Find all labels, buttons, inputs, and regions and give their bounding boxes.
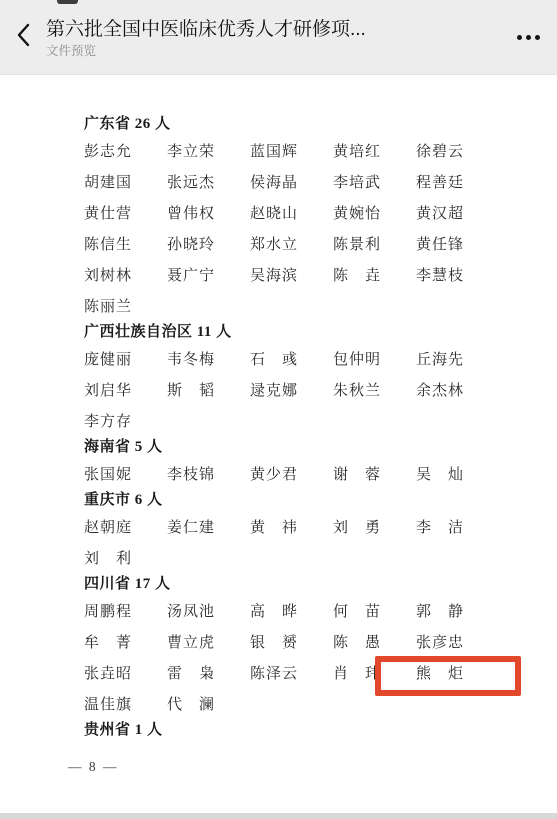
name-cell: 黄任锋 <box>416 233 499 254</box>
name-cell: 黄汉超 <box>416 202 499 223</box>
name-cell: 陈信生 <box>84 233 167 254</box>
name-cell: 温佳旗 <box>84 693 167 714</box>
name-cell: 刘启华 <box>84 379 167 400</box>
doc-title: 第六批全国中医临床优秀人才研修项... <box>46 17 476 42</box>
name-cell: 李枝锦 <box>167 463 250 484</box>
name-cell: 胡建国 <box>84 171 167 192</box>
name-cell: 陈丽兰 <box>84 295 167 316</box>
name-cell: 雷 枭 <box>167 662 250 683</box>
name-row: 周鹏程汤凤池高 晔何 苗郭 静 <box>84 595 557 626</box>
name-cell: 斯 韬 <box>167 379 250 400</box>
name-cell: 郑水立 <box>250 233 333 254</box>
header-text-block: 第六批全国中医临床优秀人才研修项... 文件预览 <box>46 15 499 60</box>
section-heading: 贵州省 1 人 <box>84 719 557 741</box>
name-cell: 刘 利 <box>84 547 167 568</box>
name-row: 陈信生孙晓玲郑水立陈景利黄任锋 <box>84 228 557 259</box>
name-cell: 陈 垚 <box>333 264 416 285</box>
name-cell: 陈泽云 <box>250 662 333 683</box>
name-cell: 黄 祎 <box>250 516 333 537</box>
name-cell: 黄仕营 <box>84 202 167 223</box>
section-heading: 广西壮族自治区 11 人 <box>84 321 557 343</box>
name-cell: 李培武 <box>333 171 416 192</box>
name-cell: 聂广宁 <box>167 264 250 285</box>
name-cell: 银 赟 <box>250 631 333 652</box>
name-row: 刘启华斯 韬逯克娜朱秋兰余杰林 <box>84 374 557 405</box>
name-row: 刘 利 <box>84 542 557 573</box>
more-button[interactable] <box>499 0 557 75</box>
name-cell: 赵朝庭 <box>84 516 167 537</box>
name-cell: 何 苗 <box>333 600 416 621</box>
name-row: 李方存 <box>84 405 557 436</box>
name-cell: 李方存 <box>84 410 167 431</box>
name-cell: 曾伟权 <box>167 202 250 223</box>
name-row: 黄仕营曾伟权赵晓山黄婉怡黄汉超 <box>84 197 557 228</box>
name-cell: 熊 炬 <box>416 662 499 683</box>
name-cell: 李立荣 <box>167 140 250 161</box>
app-header: 第六批全国中医临床优秀人才研修项... 文件预览 <box>0 0 557 75</box>
name-cell: 张彦忠 <box>416 631 499 652</box>
name-cell: 黄婉怡 <box>333 202 416 223</box>
name-cell: 黄少君 <box>250 463 333 484</box>
name-cell: 蓝国辉 <box>250 140 333 161</box>
name-cell: 汤凤池 <box>167 600 250 621</box>
ellipsis-icon <box>517 35 522 40</box>
name-cell: 肖 玮 <box>333 662 416 683</box>
top-notch-artifact <box>57 0 78 4</box>
name-cell: 牟 菁 <box>84 631 167 652</box>
doc-subtitle: 文件预览 <box>46 43 499 60</box>
name-row: 赵朝庭姜仁建黄 祎刘 勇李 洁 <box>84 511 557 542</box>
section-heading: 重庆市 6 人 <box>84 489 557 511</box>
name-row: 温佳旗代 澜 <box>84 688 557 719</box>
name-row: 胡建国张远杰侯海晶李培武程善廷 <box>84 166 557 197</box>
name-row: 张垚昭雷 枭陈泽云肖 玮熊 炬 <box>84 657 557 688</box>
page-number: — 8 — <box>68 757 557 777</box>
name-cell: 丘海先 <box>416 348 499 369</box>
name-cell: 黄培红 <box>333 140 416 161</box>
bottom-bar <box>0 813 557 819</box>
name-cell: 侯海晶 <box>250 171 333 192</box>
name-row: 陈丽兰 <box>84 290 557 321</box>
name-row: 庞健丽韦冬梅石 彧包仲明丘海先 <box>84 343 557 374</box>
name-cell: 吴海滨 <box>250 264 333 285</box>
name-row: 牟 菁曹立虎银 赟陈 愚张彦忠 <box>84 626 557 657</box>
section-heading: 四川省 17 人 <box>84 573 557 595</box>
name-cell: 姜仁建 <box>167 516 250 537</box>
name-cell: 石 彧 <box>250 348 333 369</box>
back-button[interactable] <box>0 0 46 75</box>
name-cell: 逯克娜 <box>250 379 333 400</box>
name-cell: 陈 愚 <box>333 631 416 652</box>
name-cell: 郭 静 <box>416 600 499 621</box>
name-cell: 张远杰 <box>167 171 250 192</box>
name-cell: 庞健丽 <box>84 348 167 369</box>
name-cell: 朱秋兰 <box>333 379 416 400</box>
name-cell: 周鹏程 <box>84 600 167 621</box>
name-cell: 彭志允 <box>84 140 167 161</box>
name-cell: 程善廷 <box>416 171 499 192</box>
name-cell: 韦冬梅 <box>167 348 250 369</box>
name-cell: 赵晓山 <box>250 202 333 223</box>
file-preview-page[interactable]: 广东省 26 人彭志允李立荣蓝国辉黄培红徐碧云胡建国张远杰侯海晶李培武程善廷黄仕… <box>0 75 557 813</box>
name-row: 彭志允李立荣蓝国辉黄培红徐碧云 <box>84 135 557 166</box>
name-cell: 李慧枝 <box>416 264 499 285</box>
name-cell: 刘 勇 <box>333 516 416 537</box>
name-cell: 谢 蓉 <box>333 463 416 484</box>
name-row: 刘树林聂广宁吴海滨陈 垚李慧枝 <box>84 259 557 290</box>
name-row: 张国妮李枝锦黄少君谢 蓉吴 灿 <box>84 458 557 489</box>
chevron-left-icon <box>17 23 30 52</box>
name-cell: 包仲明 <box>333 348 416 369</box>
name-cell: 李 洁 <box>416 516 499 537</box>
name-cell: 孙晓玲 <box>167 233 250 254</box>
name-cell: 张垚昭 <box>84 662 167 683</box>
name-cell: 张国妮 <box>84 463 167 484</box>
name-cell: 吴 灿 <box>416 463 499 484</box>
section-heading: 广东省 26 人 <box>84 113 557 135</box>
name-cell: 陈景利 <box>333 233 416 254</box>
name-cell: 徐碧云 <box>416 140 499 161</box>
name-cell: 刘树林 <box>84 264 167 285</box>
name-cell: 余杰林 <box>416 379 499 400</box>
name-cell: 曹立虎 <box>167 631 250 652</box>
section-heading: 海南省 5 人 <box>84 436 557 458</box>
name-cell: 代 澜 <box>167 693 250 714</box>
name-cell: 高 晔 <box>250 600 333 621</box>
